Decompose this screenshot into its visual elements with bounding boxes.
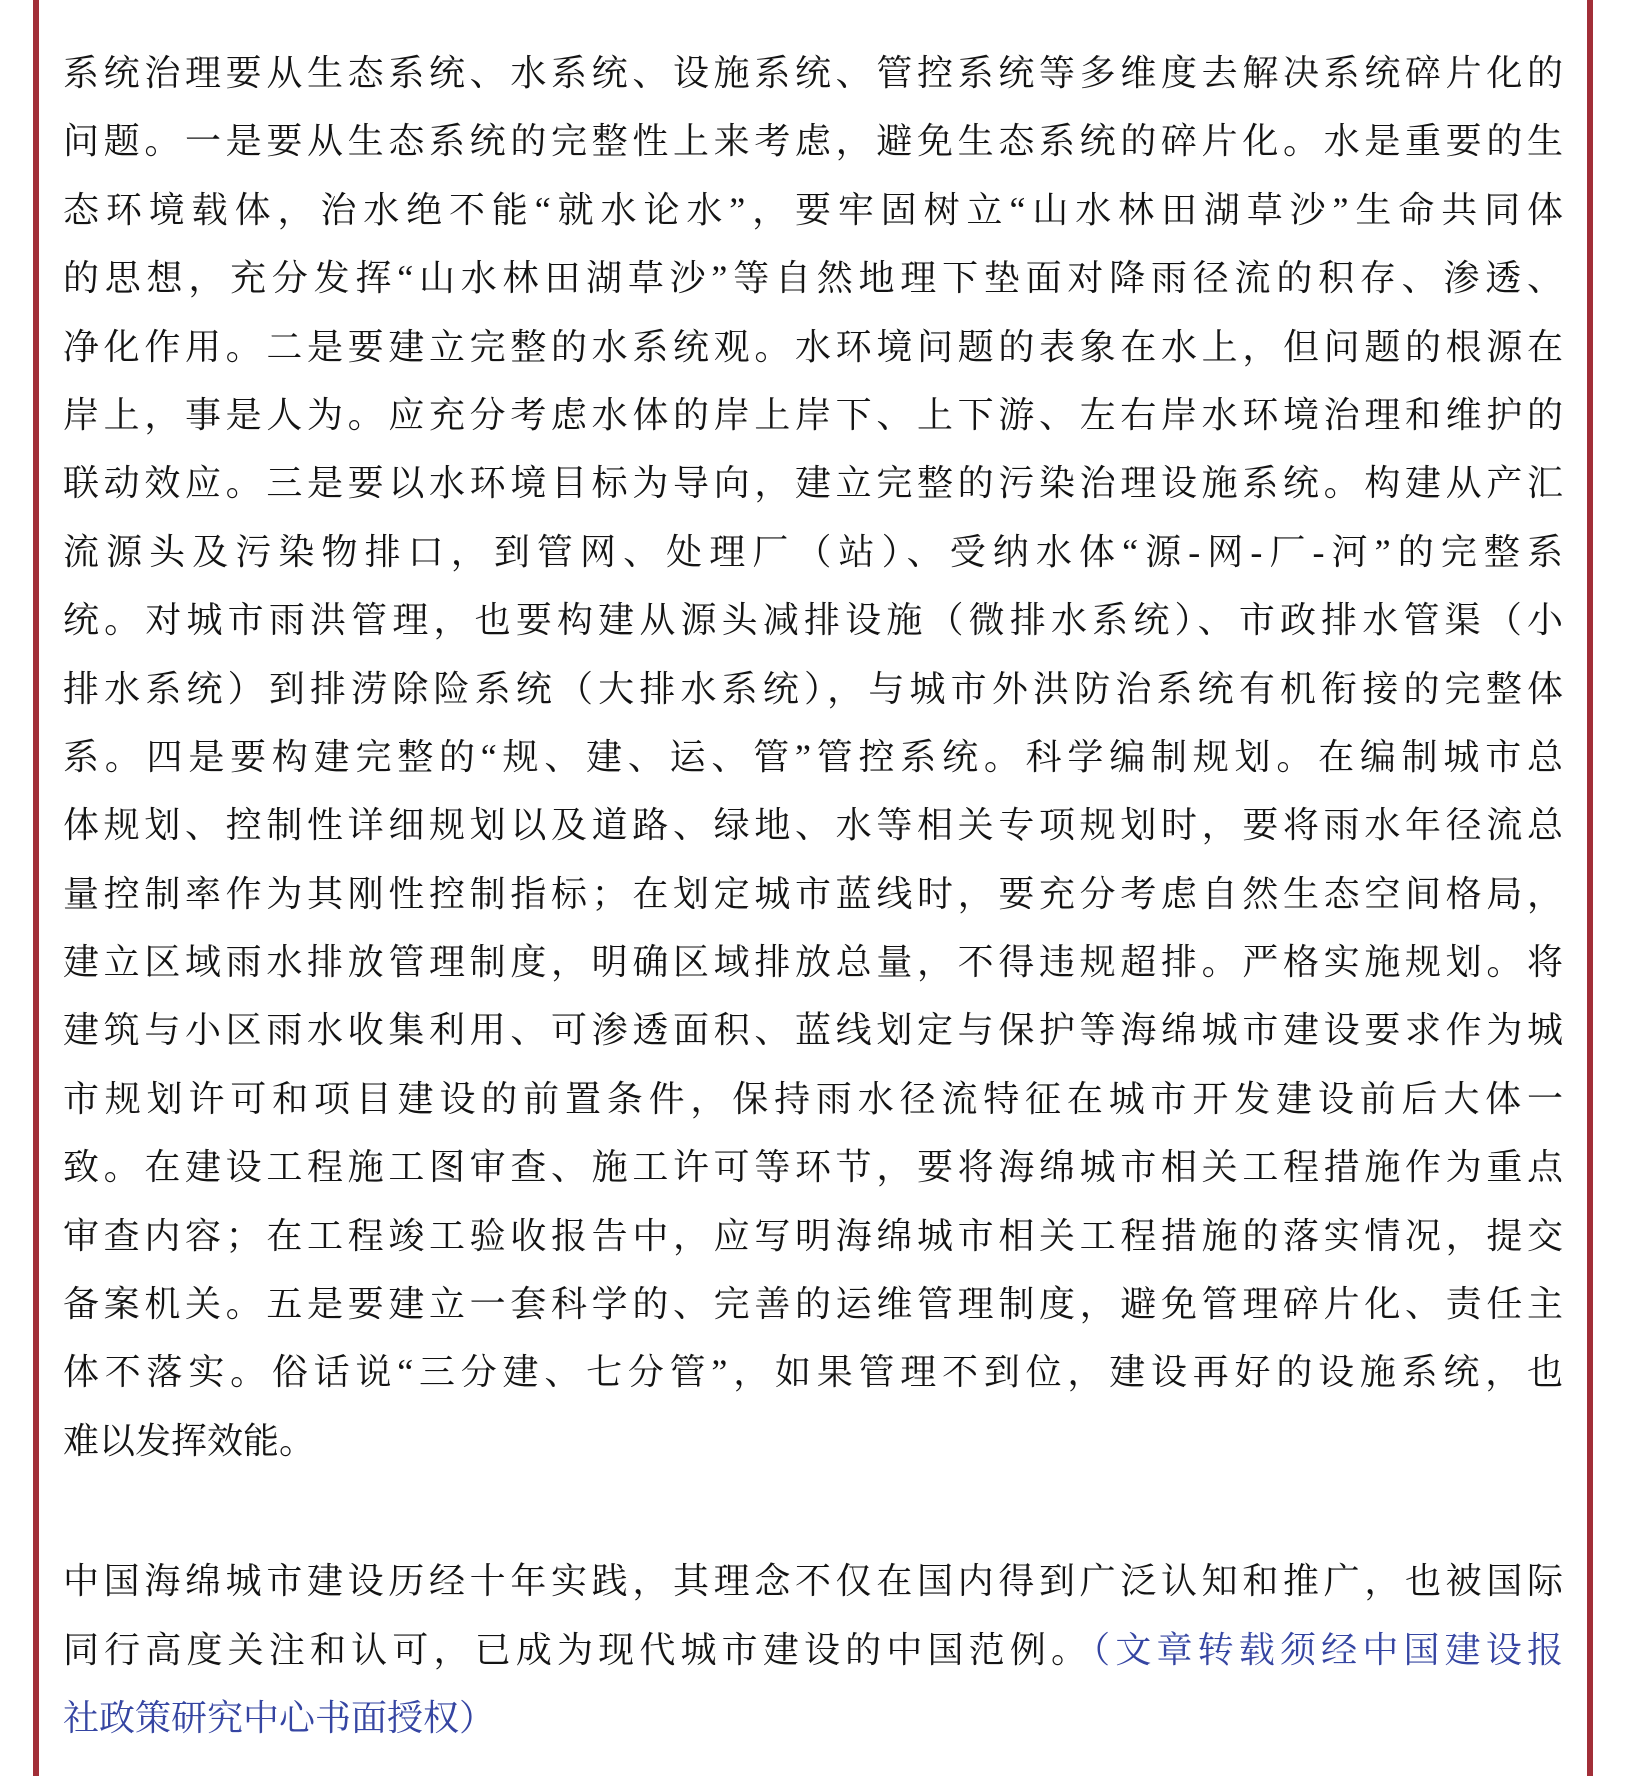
text-line: 系统治理要从生态系统、水系统、设施系统、管控系统等多维度去解决系统碎片化的: [63, 39, 1563, 107]
closing-paragraph: 中国海绵城市建设历经十年实践，其理念不仅在国内得到广泛认知和推广，也被国际 同行…: [63, 1547, 1563, 1752]
text-line: 统。对城市雨洪管理，也要构建从源头减排设施（微排水系统）、市政排水管渠（小: [63, 586, 1563, 654]
text-line: 量控制率作为其刚性控制指标；在划定城市蓝线时，要充分考虑自然生态空间格局，: [63, 860, 1563, 928]
text-line: 流源头及污染物排口，到管网、处理厂（站）、受纳水体“源-网-厂-河”的完整系: [63, 518, 1563, 586]
text-line: 体不落实。俗话说“三分建、七分管”，如果管理不到位，建设再好的设施系统，也: [63, 1338, 1563, 1406]
closing-text: 中国海绵城市建设历经十年实践，其理念不仅在国内得到广泛认知和推广，也被国际: [63, 1561, 1563, 1601]
text-line: 中国海绵城市建设历经十年实践，其理念不仅在国内得到广泛认知和推广，也被国际: [63, 1547, 1563, 1615]
paragraph-gap: [63, 1475, 1563, 1547]
text-line: 难以发挥效能。: [63, 1407, 1563, 1475]
document-page: 系统治理要从生态系统、水系统、设施系统、管控系统等多维度去解决系统碎片化的问题。…: [63, 39, 1563, 1752]
text-line: 岸上，事是人为。应充分考虑水体的岸上岸下、上下游、左右岸水环境治理和维护的: [63, 381, 1563, 449]
text-line: 体规划、控制性详细规划以及道路、绿地、水等相关专项规划时，要将雨水年径流总: [63, 791, 1563, 859]
body-paragraph: 系统治理要从生态系统、水系统、设施系统、管控系统等多维度去解决系统碎片化的问题。…: [63, 39, 1563, 1475]
text-line: 同行高度关注和认可，已成为现代城市建设的中国范例。（文章转载须经中国建设报: [63, 1616, 1563, 1684]
closing-text: 同行高度关注和认可，已成为现代城市建设的中国范例。: [63, 1630, 1092, 1670]
text-line: 的思想，充分发挥“山水林田湖草沙”等自然地理下垫面对降雨径流的积存、渗透、: [63, 244, 1563, 312]
left-border-rule: [33, 0, 39, 1776]
text-line: 态环境载体，治水绝不能“就水论水”，要牢固树立“山水林田湖草沙”生命共同体: [63, 176, 1563, 244]
text-line: 建立区域雨水排放管理制度，明确区域排放总量，不得违规超排。严格实施规划。将: [63, 928, 1563, 996]
reprint-notice: （文章转载须经中国建设报: [1092, 1630, 1563, 1670]
right-border-rule: [1587, 0, 1593, 1776]
text-line: 系。四是要构建完整的“规、建、运、管”管控系统。科学编制规划。在编制城市总: [63, 723, 1563, 791]
text-line: 建筑与小区雨水收集利用、可渗透面积、蓝线划定与保护等海绵城市建设要求作为城: [63, 996, 1563, 1064]
text-line: 排水系统）到排涝除险系统（大排水系统），与城市外洪防治系统有机衔接的完整体: [63, 655, 1563, 723]
text-line: 备案机关。五是要建立一套科学的、完善的运维管理制度，避免管理碎片化、责任主: [63, 1270, 1563, 1338]
text-line: 联动效应。三是要以水环境目标为导向，建立完整的污染治理设施系统。构建从产汇: [63, 449, 1563, 517]
text-line: 问题。一是要从生态系统的完整性上来考虑，避免生态系统的碎片化。水是重要的生: [63, 107, 1563, 175]
text-line: 净化作用。二是要建立完整的水系统观。水环境问题的表象在水上，但问题的根源在: [63, 313, 1563, 381]
text-line: 审查内容；在工程竣工验收报告中，应写明海绵城市相关工程措施的落实情况，提交: [63, 1202, 1563, 1270]
text-line: 致。在建设工程施工图审查、施工许可等环节，要将海绵城市相关工程措施作为重点: [63, 1133, 1563, 1201]
text-line: 社政策研究中心书面授权）: [63, 1684, 1563, 1752]
reprint-notice: 社政策研究中心书面授权）: [63, 1698, 495, 1738]
text-line: 市规划许可和项目建设的前置条件，保持雨水径流特征在城市开发建设前后大体一: [63, 1065, 1563, 1133]
